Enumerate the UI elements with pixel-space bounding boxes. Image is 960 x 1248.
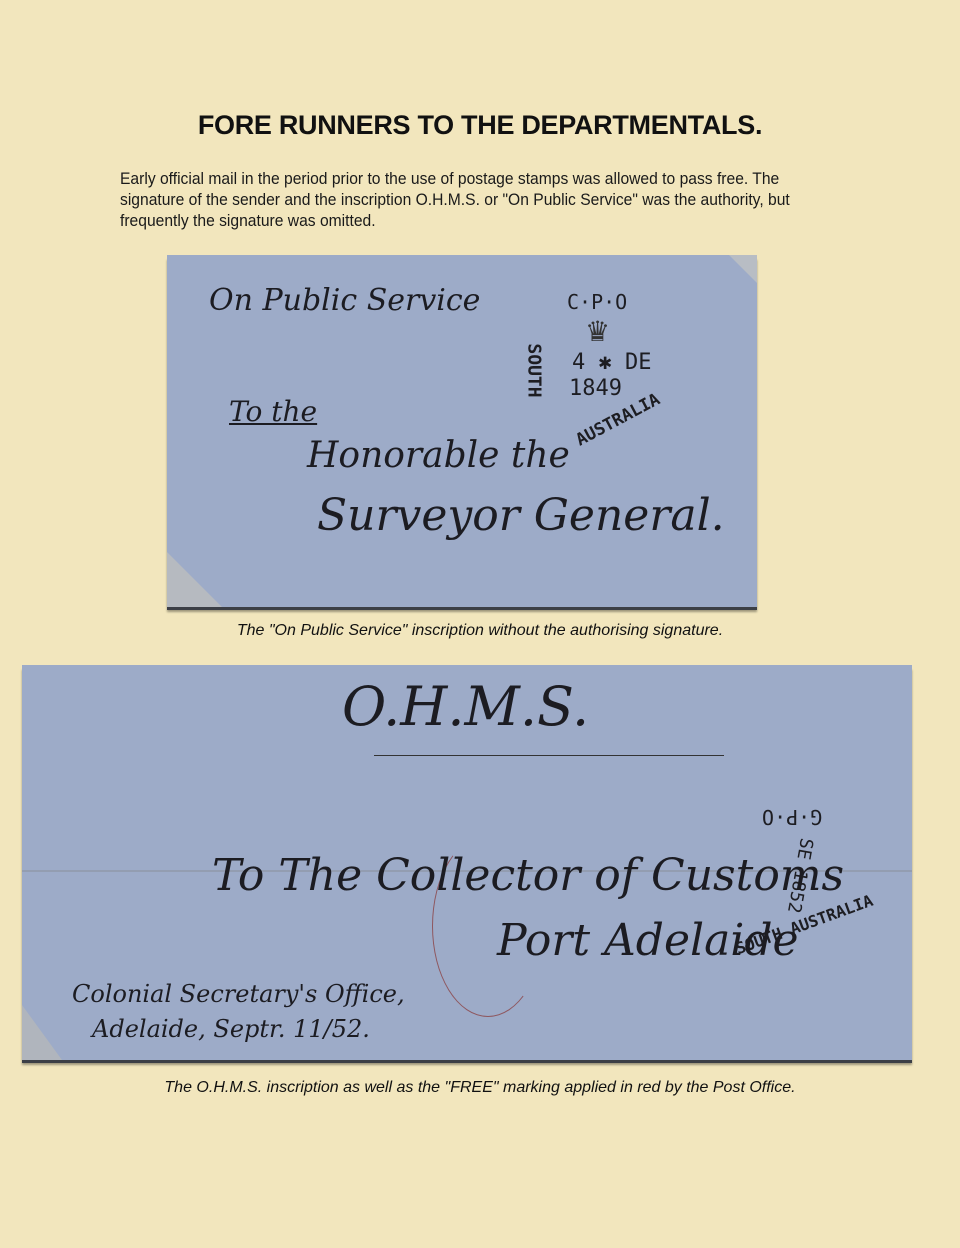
postmark-top: G·P·O — [762, 805, 822, 829]
postmark-ring-left: SOUTH — [524, 343, 545, 397]
postmark-year: 1849 — [569, 376, 622, 401]
crown-icon: ♛ — [585, 315, 610, 348]
postmark-gpo-south-australia: G·P·O SE 1852 SOUTH AUSTRALIA — [722, 805, 882, 965]
postmark-cpo-south-australia: C·P·O ♛ 4 ✱ DE 1849 SOUTH AUSTRALIA — [517, 290, 687, 450]
cover-ohms: O.H.M.S. To The Collector of Customs Por… — [22, 665, 912, 1060]
caption-cover-1: The "On Public Service" inscription with… — [0, 622, 960, 640]
postmark-date: SE 1852 — [783, 836, 817, 914]
address-to-the: To the — [229, 395, 317, 428]
inscription-ohms: O.H.M.S. — [342, 675, 589, 738]
sender-office: Colonial Secretary's Office, — [72, 980, 405, 1008]
cover-corner-bottom-left — [22, 1005, 62, 1060]
page-title: FORE RUNNERS TO THE DEPARTMENTALS. — [0, 110, 960, 141]
postmark-top: C·P·O — [567, 290, 627, 314]
cover-corner-bottom-left — [167, 552, 222, 607]
intro-paragraph: Early official mail in the period prior … — [120, 168, 847, 231]
postmark-day-month: 4 ✱ DE — [572, 350, 651, 375]
cover-corner-top-right — [729, 255, 757, 283]
inscription-on-public-service: On Public Service — [209, 283, 480, 318]
caption-cover-2: The O.H.M.S. inscription as well as the … — [0, 1079, 960, 1097]
address-surveyor-general: Surveyor General. — [317, 490, 725, 541]
sender-date: Adelaide, Septr. 11/52. — [92, 1015, 370, 1043]
cover-on-public-service: On Public Service To the Honorable the S… — [167, 255, 757, 607]
inscription-underline — [374, 755, 724, 756]
